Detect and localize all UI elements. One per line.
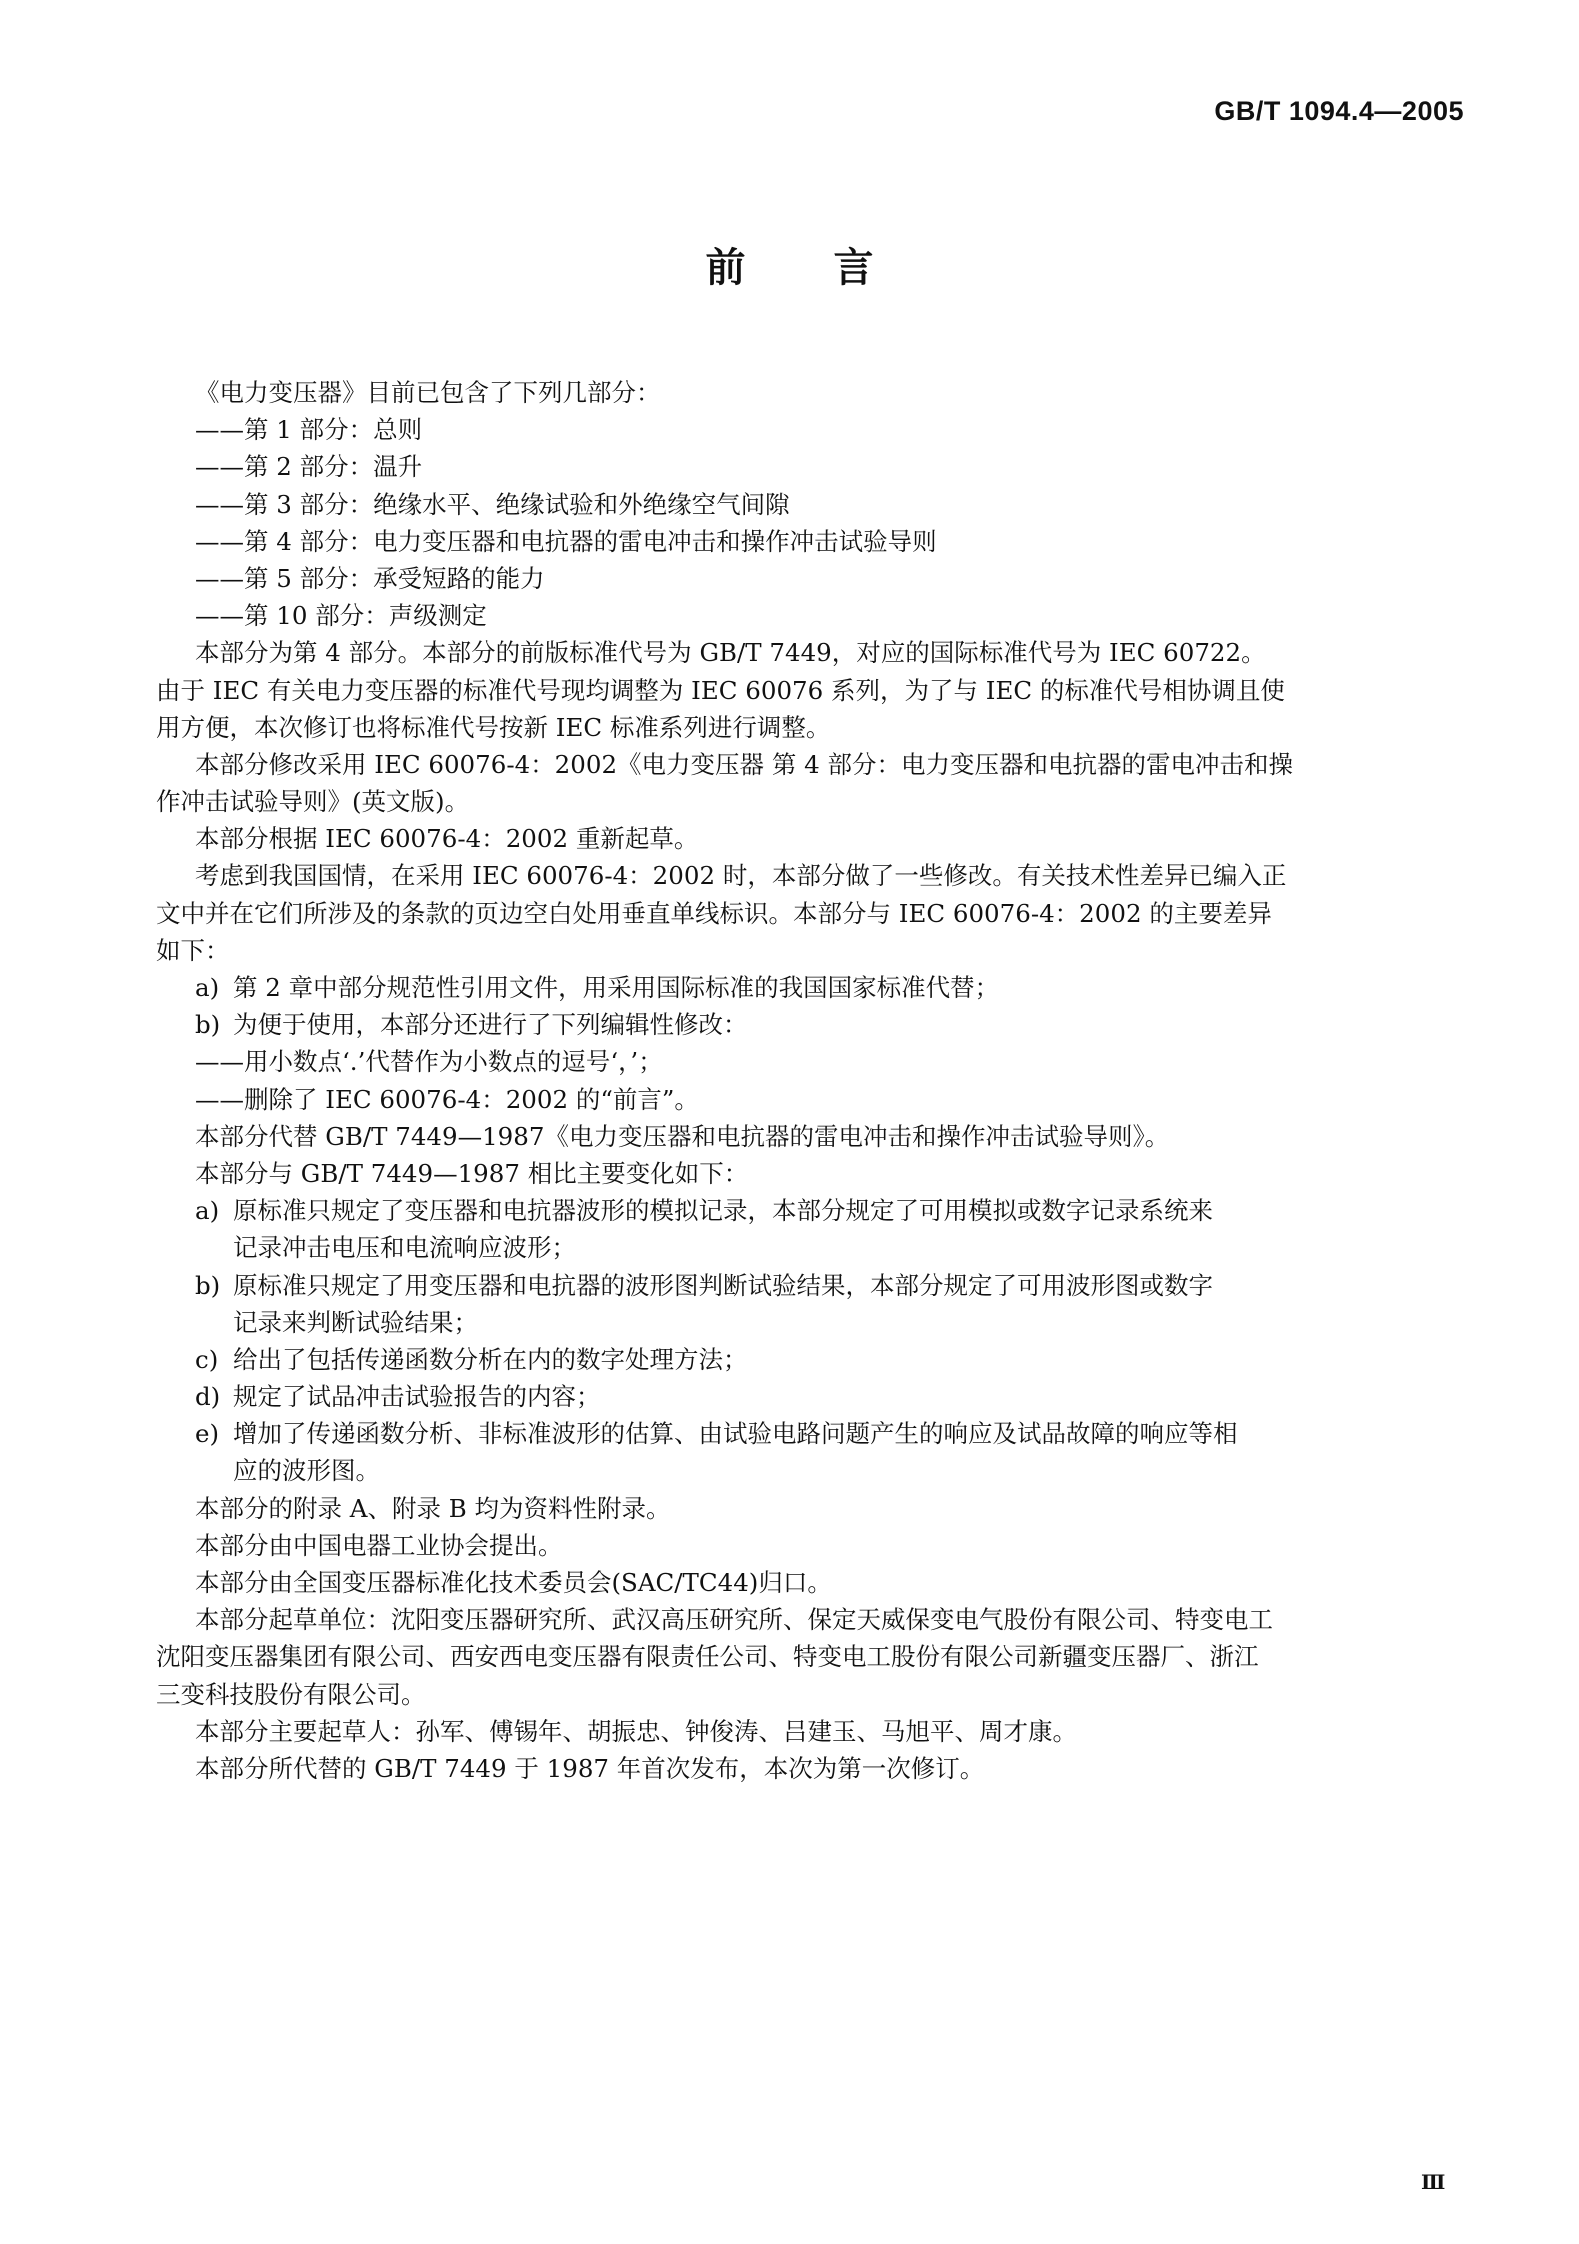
paragraph-line: ——第 4 部分：电力变压器和电抗器的雷电冲击和操作冲击试验导则 [156,523,1458,560]
list-item-text: 第 2 章中部分规范性引用文件，用采用国际标准的我国国家标准代替； [233,969,1458,1006]
paragraph-continuation: 记录冲击电压和电流响应波形； [156,1229,1458,1266]
paragraph-line: 本部分为第 4 部分。本部分的前版标准代号为 GB/T 7449，对应的国际标准… [156,634,1458,671]
paragraph-line: 《电力变压器》目前已包含了下列几部分： [156,374,1458,411]
paragraph-line: 本部分的附录 A、附录 B 均为资料性附录。 [156,1490,1458,1527]
paragraph-line: ——第 3 部分：绝缘水平、绝缘试验和外绝缘空气间隙 [156,486,1458,523]
list-item: b)原标准只规定了用变压器和电抗器的波形图判断试验结果，本部分规定了可用波形图或… [156,1267,1458,1304]
list-marker: b) [195,1267,233,1304]
paragraph-line: 本部分所代替的 GB/T 7449 于 1987 年首次发布，本次为第一次修订。 [156,1750,1458,1787]
paragraph-line: 本部分根据 IEC 60076-4：2002 重新起草。 [156,820,1458,857]
paragraph-continuation: 应的波形图。 [156,1452,1458,1489]
paragraph-line: ——第 1 部分：总则 [156,411,1458,448]
paragraph-line: 本部分由中国电器工业协会提出。 [156,1527,1458,1564]
page-title: 前言 [0,236,1579,293]
list-marker: c) [195,1341,233,1378]
paragraph-continuation: 由于 IEC 有关电力变压器的标准代号现均调整为 IEC 60076 系列，为了… [156,672,1458,709]
list-marker: d) [195,1378,233,1415]
list-marker: b) [195,1006,233,1043]
paragraph-continuation: 沈阳变压器集团有限公司、西安西电变压器有限责任公司、特变电工股份有限公司新疆变压… [156,1638,1458,1675]
paragraph-continuation: 用方便，本次修订也将标准代号按新 IEC 标准系列进行调整。 [156,709,1458,746]
standard-code: GB/T 1094.4—2005 [1214,96,1464,127]
list-marker: e) [195,1415,233,1452]
list-item: c)给出了包括传递函数分析在内的数字处理方法； [156,1341,1458,1378]
paragraph-line: 本部分由全国变压器标准化技术委员会(SAC/TC44)归口。 [156,1564,1458,1601]
foreword-body: 《电力变压器》目前已包含了下列几部分：——第 1 部分：总则——第 2 部分：温… [156,374,1458,1787]
paragraph-continuation: 文中并在它们所涉及的条款的页边空白处用垂直单线标识。本部分与 IEC 60076… [156,895,1458,932]
list-item-text: 为便于使用，本部分还进行了下列编辑性修改： [233,1006,1458,1043]
list-marker: a) [195,969,233,1006]
list-marker: a) [195,1192,233,1229]
paragraph-continuation: 记录来判断试验结果； [156,1304,1458,1341]
list-item-text: 规定了试品冲击试验报告的内容； [233,1378,1458,1415]
paragraph-line: ——用小数点‘.’代替作为小数点的逗号‘，’； [156,1043,1458,1080]
list-item: b)为便于使用，本部分还进行了下列编辑性修改： [156,1006,1458,1043]
list-item: e)增加了传递函数分析、非标准波形的估算、由试验电路问题产生的响应及试品故障的响… [156,1415,1458,1452]
paragraph-line: ——第 5 部分：承受短路的能力 [156,560,1458,597]
paragraph-line: 本部分与 GB/T 7449—1987 相比主要变化如下： [156,1155,1458,1192]
list-item-text: 原标准只规定了变压器和电抗器波形的模拟记录，本部分规定了可用模拟或数字记录系统来 [233,1192,1458,1229]
list-item-text: 增加了传递函数分析、非标准波形的估算、由试验电路问题产生的响应及试品故障的响应等… [233,1415,1458,1452]
paragraph-line: ——第 10 部分：声级测定 [156,597,1458,634]
paragraph-line: 本部分代替 GB/T 7449—1987《电力变压器和电抗器的雷电冲击和操作冲击… [156,1118,1458,1155]
list-item: a)原标准只规定了变压器和电抗器波形的模拟记录，本部分规定了可用模拟或数字记录系… [156,1192,1458,1229]
paragraph-line: 本部分修改采用 IEC 60076-4：2002《电力变压器 第 4 部分：电力… [156,746,1458,783]
paragraph-continuation: 作冲击试验导则》(英文版)。 [156,783,1458,820]
paragraph-line: 本部分起草单位：沈阳变压器研究所、武汉高压研究所、保定天威保变电气股份有限公司、… [156,1601,1458,1638]
paragraph-line: 本部分主要起草人：孙军、傅锡年、胡振忠、钟俊涛、吕建玉、马旭平、周才康。 [156,1713,1458,1750]
paragraph-line: 考虑到我国国情，在采用 IEC 60076-4：2002 时，本部分做了一些修改… [156,857,1458,894]
paragraph-line: ——删除了 IEC 60076-4：2002 的“前言”。 [156,1081,1458,1118]
list-item-text: 给出了包括传递函数分析在内的数字处理方法； [233,1341,1458,1378]
document-page: GB/T 1094.4—2005 前言 《电力变压器》目前已包含了下列几部分：—… [0,0,1579,2244]
paragraph-continuation: 三变科技股份有限公司。 [156,1676,1458,1713]
paragraph-line: ——第 2 部分：温升 [156,448,1458,485]
list-item: d)规定了试品冲击试验报告的内容； [156,1378,1458,1415]
page-number: Ⅲ [1421,2170,1445,2194]
list-item: a)第 2 章中部分规范性引用文件，用采用国际标准的我国国家标准代替； [156,969,1458,1006]
list-item-text: 原标准只规定了用变压器和电抗器的波形图判断试验结果，本部分规定了可用波形图或数字 [233,1267,1458,1304]
paragraph-continuation: 如下： [156,932,1458,969]
